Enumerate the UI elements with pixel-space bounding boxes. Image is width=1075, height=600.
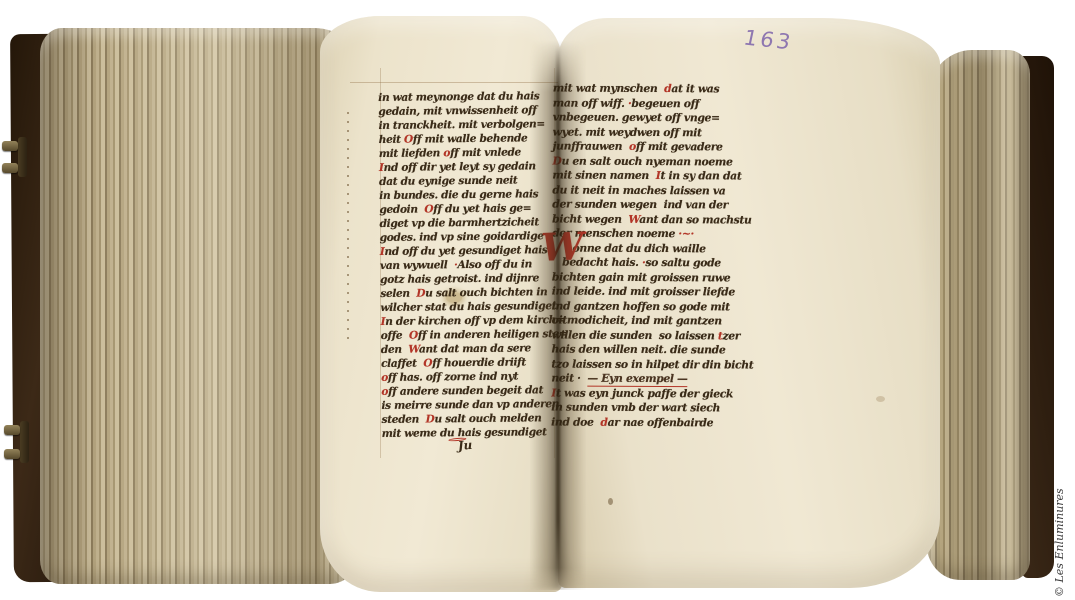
- text-segment: offe: [381, 330, 409, 342]
- catchword-ring: Ju: [448, 437, 466, 442]
- text-segment: in wat meynonge dat du hais: [378, 90, 539, 104]
- text-segment: selen: [380, 288, 416, 300]
- parchment-stain: [876, 396, 885, 402]
- parchment-stain: [608, 498, 613, 505]
- text-segment: gedoin: [379, 203, 424, 215]
- text-segment: van wywuell: [380, 259, 454, 272]
- text-segment: ff houerdie driift: [432, 356, 526, 369]
- text-segment: Also off du in: [457, 258, 532, 271]
- text-segment: mit liefden: [379, 147, 444, 160]
- text-segment: d: [664, 82, 671, 95]
- text-segment: W: [628, 212, 639, 225]
- text-segment: gotz hais getroist. ind dijnre: [380, 272, 539, 286]
- text-segment: gedain, mit vnwissenheit off: [378, 104, 536, 118]
- text-segment: ·~·: [675, 227, 694, 240]
- right-fore-edge: [926, 50, 1030, 580]
- text-segment: O: [423, 357, 432, 369]
- clasp-top: [2, 140, 27, 174]
- photo-credit: © Les Enluminures: [1053, 469, 1067, 597]
- text-segment: so saltu gode: [645, 256, 721, 269]
- text-segment: ant dan so machstu: [639, 212, 751, 226]
- text-segment: nd off dir yet leyt sy gedain: [384, 160, 536, 174]
- text-segment: ff du yet hais ge=: [433, 202, 531, 215]
- text-segment: dat du eynige sunde neit: [379, 174, 517, 187]
- text-segment: ff has. off zorne ind nyt: [388, 371, 518, 384]
- clasp-prong: [4, 449, 20, 459]
- text-segment: ff mit vnlede: [450, 146, 521, 159]
- text-segment: zer: [722, 329, 740, 342]
- text-segment: W: [408, 344, 419, 356]
- clasp-bar: [18, 137, 27, 177]
- text-segment: nd off du yet gesundiget hais: [384, 244, 547, 258]
- text-segment: — Eyn exempel —: [587, 372, 687, 388]
- text-segment: ant dat man da sere: [419, 342, 531, 355]
- clasp-prong: [2, 141, 18, 151]
- text-segment: diget vp die barmhertzicheit: [380, 216, 539, 230]
- text-segment: O: [404, 134, 413, 146]
- text-segment: claffet: [381, 357, 423, 369]
- text-segment: den: [381, 344, 409, 356]
- text-segment: in tranckheit. mit verbolgen=: [378, 118, 544, 132]
- text-segment: ff mit walle behende: [413, 132, 528, 145]
- text-segment: in bundes. die du gerne hais: [379, 188, 538, 202]
- pricking-holes: [347, 112, 349, 342]
- catchword-text: Ju: [457, 438, 473, 453]
- clasp-prong: [4, 425, 20, 435]
- clasp-bottom: [4, 424, 29, 460]
- text-segment: at it was: [671, 82, 719, 95]
- text-segment: begeuen off: [631, 96, 699, 109]
- text-segment: u en salt ouch nyeman noeme: [561, 154, 732, 168]
- text-segment: u salt ouch melden: [434, 412, 541, 425]
- text-segment: O: [409, 330, 418, 342]
- text-segment: heit: [379, 134, 404, 146]
- text-segment: ff andere sunden begeit dat: [388, 384, 543, 398]
- text-segment: t in sy dan dat: [660, 169, 741, 182]
- text-segment: O: [424, 203, 433, 215]
- photo-stage: 163 in wat meynonge dat du haisgedain, m…: [0, 0, 1075, 600]
- catchword: Ju: [447, 425, 467, 445]
- clasp-bar: [20, 421, 29, 463]
- text-segment: steden: [382, 413, 426, 425]
- text-segment: D: [426, 413, 435, 425]
- clasp-prong: [2, 163, 18, 173]
- text-segment: godes. ind vp sine goidardige: [380, 230, 544, 244]
- text-segment: ar nae offenbairde: [608, 415, 714, 429]
- left-fore-edge: [40, 28, 360, 584]
- text-segment: D: [416, 287, 425, 299]
- text-segment: ff mit gevadere: [636, 140, 723, 153]
- folio-number: 163: [742, 26, 796, 55]
- gutter-shadow: [530, 40, 586, 590]
